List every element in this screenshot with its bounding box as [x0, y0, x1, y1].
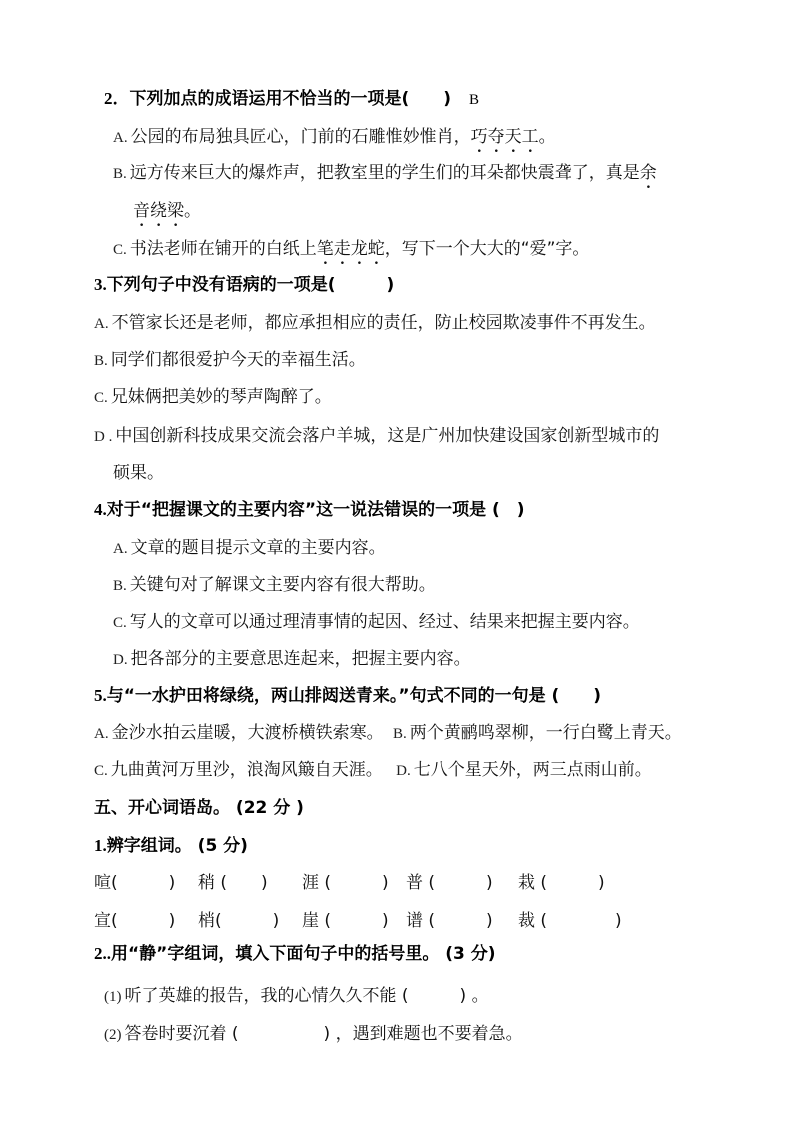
word-group-row-1: 喧( )稍 ( )涯 ( )普 ( )栽 ( )	[94, 872, 605, 894]
question-4-stem: 4.对于“把握课文的主要内容”这一说法错误的一项是 ( )	[94, 499, 525, 521]
option-text: 写人的文章可以通过理清事情的起因、经过、结果来把握主要内容。	[130, 612, 640, 632]
item-label: (2)	[104, 1027, 122, 1043]
option-text: 文章的题目提示文章的主要内容。	[131, 538, 386, 558]
option-text: 兄妹俩把美妙的琴声陶醉了。	[111, 387, 332, 407]
q4-option-b: B.关键句对了解课文主要内容有很大帮助。	[113, 574, 436, 597]
option-label: D .	[94, 429, 112, 445]
option-label: A.	[94, 726, 109, 742]
fill-item-2: (2)答卷时要沉着 ( ) ，遇到难题也不要着急。	[104, 1023, 523, 1046]
question-number: 1.	[94, 836, 107, 855]
word-blank[interactable]: 宣( )	[94, 910, 198, 932]
q4-option-a: A.文章的题目提示文章的主要内容。	[113, 537, 386, 560]
word-blank[interactable]: 稍 ( )	[198, 872, 302, 894]
option-label: A.	[113, 130, 128, 146]
option-text: 硕果。	[113, 463, 164, 483]
option-text: 不管家长还是老师，都应承担相应的责任，防止校园欺凌事件不再发生。	[112, 313, 656, 333]
dotted-idiom: 巧夺天工	[471, 127, 539, 147]
option-text-end: 。	[184, 201, 201, 221]
q2-option-a: A.公园的布局独具匠心，门前的石雕惟妙惟肖，巧夺天工。	[113, 126, 556, 157]
q5-options-row-2: C.九曲黄河万里沙，浪淘风簸自天涯。 D.七八个星天外，两三点雨山前。	[94, 759, 652, 782]
question-number: 3.	[94, 275, 107, 294]
question-number: 4.	[94, 500, 107, 519]
option-text: 七八个星天外，两三点雨山前。	[414, 760, 652, 780]
q3-option-d: D .中国创新科技成果交流会落户羊城，这是广州加快建设国家创新型城市的	[94, 425, 659, 448]
option-label: C.	[94, 763, 108, 779]
q2-option-b: B.远方传来巨大的爆炸声，把教室里的学生们的耳朵都快震聋了，真是余	[113, 162, 657, 193]
q3-option-d-cont: 硕果。	[113, 462, 164, 484]
q3-option-a: A.不管家长还是老师，都应承担相应的责任，防止校园欺凌事件不再发生。	[94, 312, 656, 335]
item-text[interactable]: 听了英雄的报告，我的心情久久不能 ( ) 。	[125, 986, 489, 1006]
option-label: B.	[113, 578, 127, 594]
option-text: 关键句对了解课文主要内容有很大帮助。	[130, 575, 436, 595]
option-label: B.	[113, 166, 127, 182]
option-label: A.	[94, 316, 109, 332]
question-number: 5.	[94, 686, 107, 705]
word-blank[interactable]: 梢( )	[198, 910, 302, 932]
item-label: (1)	[104, 989, 122, 1005]
word-blank[interactable]: 崖 ( )	[302, 910, 406, 932]
option-label: C.	[113, 615, 127, 631]
question-text: 与“一水护田将绿绕，两山排闼送青来。”句式不同的一句是 ( )	[107, 686, 601, 706]
question-3-stem: 3.下列句子中没有语病的一项是( )	[94, 274, 394, 296]
option-text: 九曲黄河万里沙，浪淘风簸自天涯。	[111, 760, 383, 780]
option-text-end: 。	[539, 127, 556, 147]
option-label: B.	[393, 726, 407, 742]
question-text: 下列加点的成语运用不恰当的一项是( )	[130, 89, 452, 109]
option-text: 两个黄鹂鸣翠柳，一行白鹭上青天。	[410, 723, 682, 743]
question-number: 2．	[104, 89, 130, 108]
option-text-end: ，写下一个大大的“爱”字。	[385, 239, 590, 259]
question-text: 下列句子中没有语病的一项是( )	[107, 275, 395, 295]
item-text[interactable]: 答卷时要沉着 ( ) ，遇到难题也不要着急。	[125, 1024, 523, 1044]
option-text: 把各部分的主要意思连起来，把握主要内容。	[131, 649, 471, 669]
option-text: 书法老师在铺开的白纸上	[130, 239, 317, 259]
option-text: 公园的布局独具匠心，门前的石雕惟妙惟肖，	[131, 127, 471, 147]
fill-item-1: (1)听了英雄的报告，我的心情久久不能 ( ) 。	[104, 985, 489, 1008]
question-text: 用“静”字组词，填入下面句子中的括号里。 (3 分)	[111, 944, 496, 964]
option-label: B.	[94, 353, 108, 369]
option-label: C.	[113, 242, 127, 258]
q4-option-c: C.写人的文章可以通过理清事情的起因、经过、结果来把握主要内容。	[113, 611, 640, 634]
word-blank[interactable]: 裁 ( )	[518, 910, 622, 932]
dotted-idiom: 音绕梁	[133, 201, 184, 221]
q2-option-c: C.书法老师在铺开的白纸上笔走龙蛇，写下一个大大的“爱”字。	[113, 238, 589, 269]
question-number: 2..	[94, 944, 111, 963]
option-text: 远方传来巨大的爆炸声，把教室里的学生们的耳朵都快震聋了，真是	[130, 163, 640, 183]
word-blank[interactable]: 普 ( )	[406, 872, 518, 894]
option-text: 金沙水拍云崖暖，大渡桥横铁索寒。	[112, 723, 384, 743]
question-2-stem: 2．下列加点的成语运用不恰当的一项是( )B	[104, 88, 479, 111]
q3-option-c: C.兄妹俩把美妙的琴声陶醉了。	[94, 386, 332, 409]
section5-question-1-stem: 1.辨字组词。 (5 分)	[94, 835, 248, 857]
q5-options-row-1: A.金沙水拍云崖暖，大渡桥横铁索寒。 B.两个黄鹂鸣翠柳，一行白鹭上青天。	[94, 722, 682, 745]
q3-option-b: B.同学们都很爱护今天的幸福生活。	[94, 349, 366, 372]
q2-option-b-cont: 音绕梁。	[133, 200, 201, 231]
dotted-idiom: 笔走龙蛇	[317, 239, 385, 259]
option-label: D.	[113, 652, 128, 668]
word-group-row-2: 宣( )梢( )崖 ( )谱 ( )裁 ( )	[94, 910, 622, 932]
option-label: C.	[94, 390, 108, 406]
question-text: 对于“把握课文的主要内容”这一说法错误的一项是 ( )	[107, 500, 525, 520]
answer-mark: B	[469, 92, 479, 108]
question-text: 辨字组词。 (5 分)	[107, 836, 248, 856]
option-text: 同学们都很爱护今天的幸福生活。	[111, 350, 366, 370]
section-title: 五、开心词语岛。 (22 分 )	[94, 797, 304, 819]
question-5-stem: 5.与“一水护田将绿绕，两山排闼送青来。”句式不同的一句是 ( )	[94, 685, 601, 707]
word-blank[interactable]: 涯 ( )	[302, 872, 406, 894]
word-blank[interactable]: 谱 ( )	[406, 910, 518, 932]
q4-option-d: D.把各部分的主要意思连起来，把握主要内容。	[113, 648, 471, 671]
option-label: D.	[396, 763, 411, 779]
word-blank[interactable]: 喧( )	[94, 872, 198, 894]
dotted-idiom: 余	[640, 163, 657, 183]
word-blank[interactable]: 栽 ( )	[518, 872, 605, 894]
section5-question-2-stem: 2..用“静”字组词，填入下面句子中的括号里。 (3 分)	[94, 943, 496, 965]
option-label: A.	[113, 541, 128, 557]
option-text: 中国创新科技成果交流会落户羊城，这是广州加快建设国家创新型城市的	[115, 426, 659, 446]
